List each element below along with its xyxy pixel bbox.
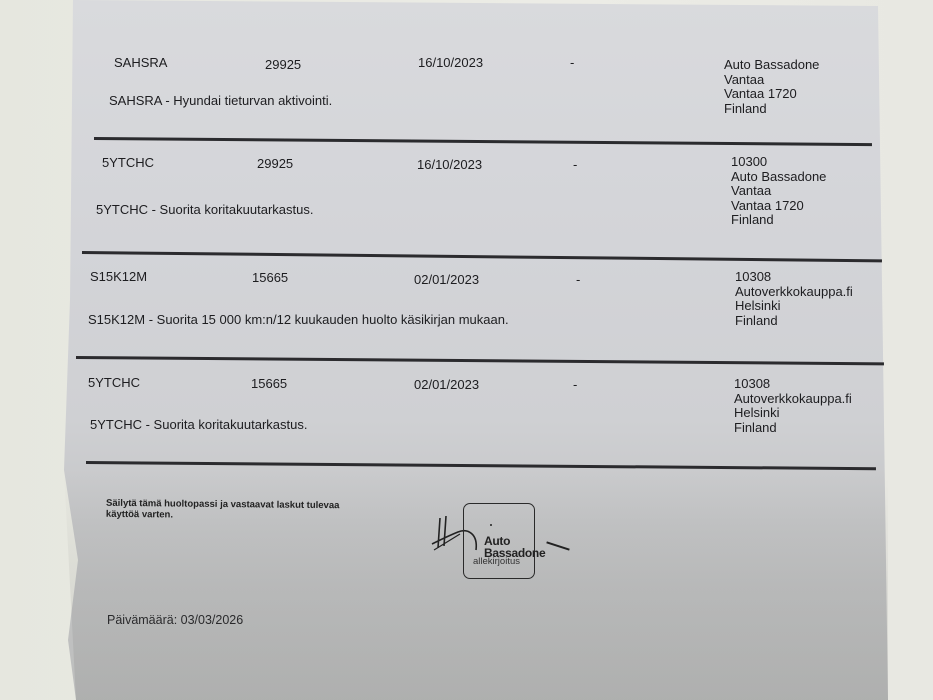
dealer-line: Helsinki [734,406,852,421]
dealer-line: Finland [731,213,826,228]
dealer-stamp: Auto Bassadone allekirjoitus [463,503,535,579]
dealer-line: Finland [734,421,852,436]
service-date: 16/10/2023 [418,55,483,70]
dealer-line: Finland [724,102,819,117]
service-code: 5YTCHC [102,155,154,170]
mileage: 15665 [251,376,287,391]
dealer-line: 10308 [735,270,853,285]
dealer-line: Vantaa [724,73,819,88]
service-date: 02/01/2023 [414,377,479,392]
dealer-address: Auto Bassadone Vantaa Vantaa 1720 Finlan… [724,58,819,116]
dealer-line: 10308 [734,377,852,392]
dealer-address: 10308 Autoverkkokauppa.fi Helsinki Finla… [734,377,852,435]
signature-label: allekirjoitus [473,556,520,567]
dealer-line: Autoverkkokauppa.fi [735,285,853,300]
dash-placeholder: - [573,377,577,392]
dash-placeholder: - [576,272,580,287]
service-date: 16/10/2023 [417,157,482,172]
dealer-line: Auto Bassadone [724,58,819,73]
service-description: 5YTCHC - Suorita koritakuutarkastus. [90,417,307,432]
service-description: S15K12M - Suorita 15 000 km:n/12 kuukaud… [88,312,509,327]
stamp-dot [490,524,492,526]
dealer-line: Autoverkkokauppa.fi [734,392,852,407]
dash-placeholder: - [573,157,577,172]
dealer-line: Vantaa [731,184,826,199]
dealer-line: 10300 [731,155,826,170]
service-code: SAHSRA [114,55,167,70]
dealer-address: 10300 Auto Bassadone Vantaa Vantaa 1720 … [731,155,826,228]
service-description: SAHSRA - Hyundai tieturvan aktivointi. [109,93,332,108]
service-date: 02/01/2023 [414,272,479,287]
mileage: 29925 [257,156,293,171]
dash-placeholder: - [570,55,574,70]
service-description: 5YTCHC - Suorita koritakuutarkastus. [96,202,313,217]
mileage: 29925 [265,57,301,72]
dealer-line: Vantaa 1720 [731,199,826,214]
dealer-line: Helsinki [735,299,853,314]
mileage: 15665 [252,270,288,285]
print-date: Päivämäärä: 03/03/2026 [107,613,243,628]
dealer-line: Auto Bassadone [731,170,826,185]
service-code: 5YTCHC [88,375,140,390]
dealer-line: Finland [735,314,853,329]
dealer-address: 10308 Autoverkkokauppa.fi Helsinki Finla… [735,270,853,328]
service-code: S15K12M [90,269,147,284]
dealer-line: Vantaa 1720 [724,87,819,102]
keep-passport-note: Säilytä tämä huoltopassi ja vastaavat la… [106,499,340,522]
